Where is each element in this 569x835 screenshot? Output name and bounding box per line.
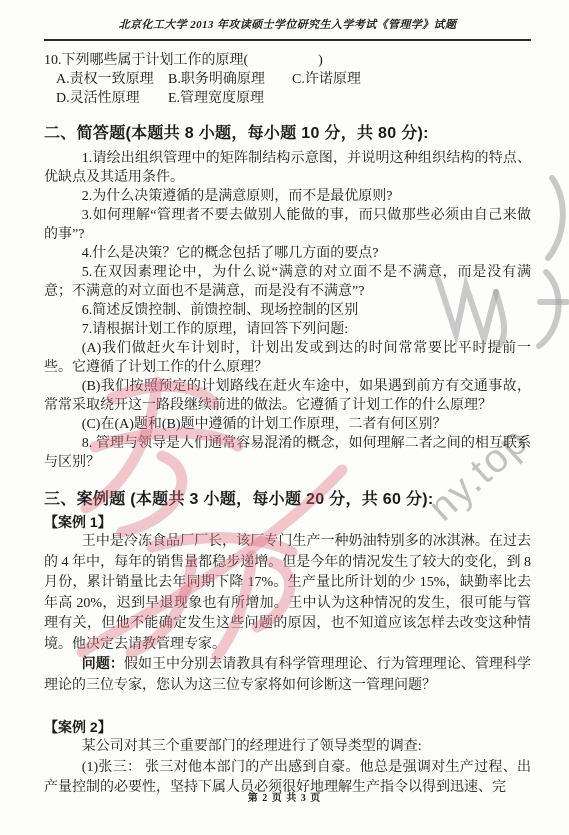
- case-2-label: 【案例 2】: [44, 717, 531, 737]
- sa-question-7c: (C)在(A)题和(B)题中遵循的计划工作原理，二者有何区别？: [44, 415, 531, 434]
- case-1-question: 问题：假如王中分别去请教具有科学管理理论、行为管理理论、管理科学理论的三位专家，…: [44, 655, 531, 696]
- sa-question-4: 4.什么是决策？它的概念包括了哪几方面的要点?: [44, 244, 531, 263]
- sa-question-6: 6.简述反馈控制、前馈控制、现场控制的区别: [44, 301, 531, 320]
- option-a: A.责权一致原理: [56, 70, 168, 89]
- case-1-body: 王中是冷冻食品厂厂长，该厂专门生产一种奶油特别多的冰淇淋。在过去的 4 年中，每…: [44, 532, 531, 655]
- sa-question-3: 3.如何理解“管理者不要去做别人能做的事，而只做那些必须由自己来做的事”?: [44, 206, 531, 244]
- sa-question-7b: (B)我们按照预定的计划路线在赶火车途中，如果遇到前方有交通事故，常常采取绕开这…: [44, 377, 531, 415]
- option-b: B.职务明确原理: [168, 70, 292, 89]
- sa-question-2: 2.为什么决策遵循的是满意原则，而不是最优原则?: [44, 187, 531, 206]
- case-2-intro: 某公司对其三个重要部门的经理进行了领导类型的调查:: [44, 737, 531, 758]
- option-e: E.管理宽度原理: [168, 89, 292, 108]
- case-1-question-label: 问题：: [82, 657, 124, 672]
- sa-question-7: 7.请根据计划工作的原理，请回答下列问题:: [44, 320, 531, 339]
- question-10: 10.下列哪些属于计划工作的原理( ) A.责权一致原理 B.职务明确原理 C.…: [44, 51, 531, 108]
- sa-question-8: 8. 管理与领导是人们通常容易混淆的概念，如何理解二者之间的相互联系与区别？: [44, 434, 531, 472]
- question-10-stem: 10.下列哪些属于计划工作的原理( ): [44, 51, 531, 70]
- sa-question-1: 1.请绘出组织管理中的矩阵制结构示意图，并说明这种组织结构的特点、优缺点及其适用…: [44, 149, 531, 187]
- option-c: C.许诺原理: [292, 70, 531, 89]
- exam-page: ny.top 北京化工大学 2013 年攻读硕士学位研究生入学考试《管理学》试题…: [0, 0, 569, 835]
- sa-question-5: 5.在双因素理论中，为什么说“满意的对立面不是不满意，而是没有满意；不满意的对立…: [44, 263, 531, 301]
- option-d: D.灵活性原理: [56, 89, 168, 108]
- question-10-options: A.责权一致原理 B.职务明确原理 C.许诺原理 D.灵活性原理 E.管理宽度原…: [56, 70, 531, 108]
- sa-question-7a: (A)我们做赶火车计划时，计划出发或到达的时间常常要比平时提前一些。它遵循了计划…: [44, 339, 531, 377]
- section-short-answer: 1.请绘出组织管理中的矩阵制结构示意图，并说明这种组织结构的特点、优缺点及其适用…: [44, 149, 531, 472]
- page-content: 北京化工大学 2013 年攻读硕士学位研究生入学考试《管理学》试题 10.下列哪…: [0, 0, 569, 799]
- section-cases-heading: 三、案例题 (本题共 3 小题，每小题 20 分，共 60 分):: [44, 489, 531, 510]
- exam-title: 北京化工大学 2013 年攻读硕士学位研究生入学考试《管理学》试题: [44, 18, 531, 33]
- header-rule: [44, 39, 531, 41]
- page-header: 北京化工大学 2013 年攻读硕士学位研究生入学考试《管理学》试题: [44, 18, 531, 41]
- case-1-label: 【案例 1】: [44, 512, 531, 532]
- section-short-answer-heading: 二、简答题(本题共 8 小题，每小题 10 分，共 80 分):: [44, 123, 531, 144]
- case-1: 【案例 1】 王中是冷冻食品厂厂长，该厂专门生产一种奶油特别多的冰淇淋。在过去的…: [44, 512, 531, 696]
- page-number: 第 2 页 共 3 页: [0, 789, 569, 804]
- case-2: 【案例 2】 某公司对其三个重要部门的经理进行了领导类型的调查: (1)张三： …: [44, 717, 531, 799]
